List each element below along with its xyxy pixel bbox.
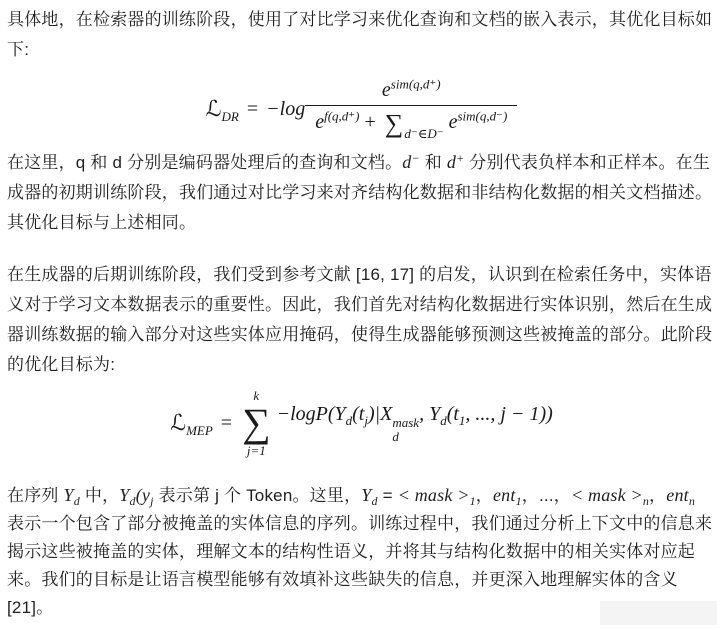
inline-math-d-negative: d− [402, 152, 420, 172]
sum-symbol: ∑ [381, 109, 405, 138]
formula-mep-lhs: ℒMEP [170, 410, 213, 436]
numerator-exponent: sim(q,d⁺) [391, 76, 441, 91]
p4-text-7: ， [649, 486, 666, 505]
fraction-numerator: esim(q,d⁺) [305, 79, 517, 105]
minus-log-operator: −log [266, 98, 305, 121]
formula-mep-loss: ℒMEP = k ∑ j=1 −logP(Yd(tj)|Xmaskd, Yd(t… [7, 389, 716, 457]
math-base: ent [666, 485, 689, 505]
formula-mep-body: −logP(Yd(tj)|Xmaskd, Yd(t1, ..., j − 1)) [277, 403, 553, 443]
math-run: )|X [368, 403, 392, 425]
denominator-exponent-2: sim(q,d⁻) [457, 108, 507, 123]
inline-math-ent-1: ent1 [493, 485, 522, 505]
math-sub: n [689, 494, 695, 508]
inline-math-Yd-yj: Yd(yj [119, 485, 153, 505]
math-base: < mask > [398, 485, 470, 505]
p4-text-5: ， [476, 486, 493, 505]
p4-text-4: = [378, 486, 398, 505]
p4-text-1: 在序列 [7, 486, 64, 505]
p4-text-3: 表示第 j 个 Token。这里， [154, 486, 362, 505]
math-run: , Y [419, 403, 440, 425]
sum-lower-limit: j=1 [247, 444, 266, 457]
formula-dr-loss: ℒDR = −log esim(q,d⁺) ef(q,d⁺)+∑d⁻∈D⁻ es… [7, 79, 716, 139]
inline-math-Yd-2: Yd [361, 485, 377, 505]
equals-sign: = [213, 412, 240, 435]
fraction: esim(q,d⁺) ef(q,d⁺)+∑d⁻∈D⁻ esim(q,d⁻) [305, 79, 517, 139]
formula-dr-lhs: ℒDR [206, 96, 239, 122]
math-sub: d [392, 430, 419, 444]
x-mask-supsub: maskd [392, 416, 419, 443]
plus-operator: + [360, 111, 381, 133]
math-base: d [447, 152, 456, 172]
sum-subscript: d⁻∈D⁻ [404, 126, 443, 141]
loss-symbol: ℒ [170, 410, 186, 435]
math-sup: mask [392, 416, 419, 430]
math-base: Y [119, 485, 129, 505]
math-run: , ..., j − 1)) [465, 403, 552, 425]
loss-symbol: ℒ [206, 96, 222, 121]
inline-math-mask-1: < mask >1 [398, 485, 476, 505]
math-base: Y [64, 485, 74, 505]
paragraph-intro: 具体地，在检索器的训练阶段，使用了对比学习来优化查询和文档的嵌入表示，其优化目标… [7, 5, 716, 65]
inline-math-mask-n: < mask >n [571, 485, 649, 505]
math-run: (t [447, 403, 459, 425]
denominator-exponent-1: f(q,d⁺) [324, 108, 359, 123]
fraction-denominator: ef(q,d⁺)+∑d⁻∈D⁻ esim(q,d⁻) [305, 105, 517, 139]
math-base: ent [493, 485, 516, 505]
paragraph-samples: 在这里，q 和 d 分别是编码器处理后的查询和文档。d− 和 d+ 分别代表负样… [7, 147, 716, 238]
denominator-base-1: e [315, 111, 324, 133]
p2-text-2: 和 [420, 153, 447, 172]
loss-subscript: MEP [186, 423, 213, 438]
math-run: (t [352, 403, 364, 425]
math-run: −logP(Y [277, 403, 346, 425]
loss-subscript: DR [222, 109, 239, 124]
paragraph-mask-training: 在生成器的后期训练阶段，我们受到参考文献 [16, 17] 的启发，认识到在检索… [7, 260, 716, 380]
inline-math-ent-n: entn [666, 485, 695, 505]
p4-text-6: ，...， [522, 486, 571, 505]
inline-math-d-positive: d+ [447, 152, 465, 172]
background-artifact [600, 601, 717, 625]
numerator-base: e [382, 79, 391, 101]
math-base: Y [361, 485, 371, 505]
math-base: (y [136, 485, 150, 505]
p4-text-2: 中， [80, 486, 119, 505]
summation-with-limits: k ∑ j=1 [242, 389, 271, 457]
equals-sign: = [239, 98, 266, 121]
p2-text-1: 在这里，q 和 d 分别是编码器处理后的查询和文档。 [7, 153, 402, 172]
document-page: 具体地，在检索器的训练阶段，使用了对比学习来优化查询和文档的嵌入表示，其优化目标… [0, 0, 723, 630]
inline-math-Yd: Yd [64, 485, 80, 505]
math-base: < mask > [571, 485, 643, 505]
sum-symbol: ∑ [242, 402, 271, 444]
math-sup: − [411, 151, 419, 165]
